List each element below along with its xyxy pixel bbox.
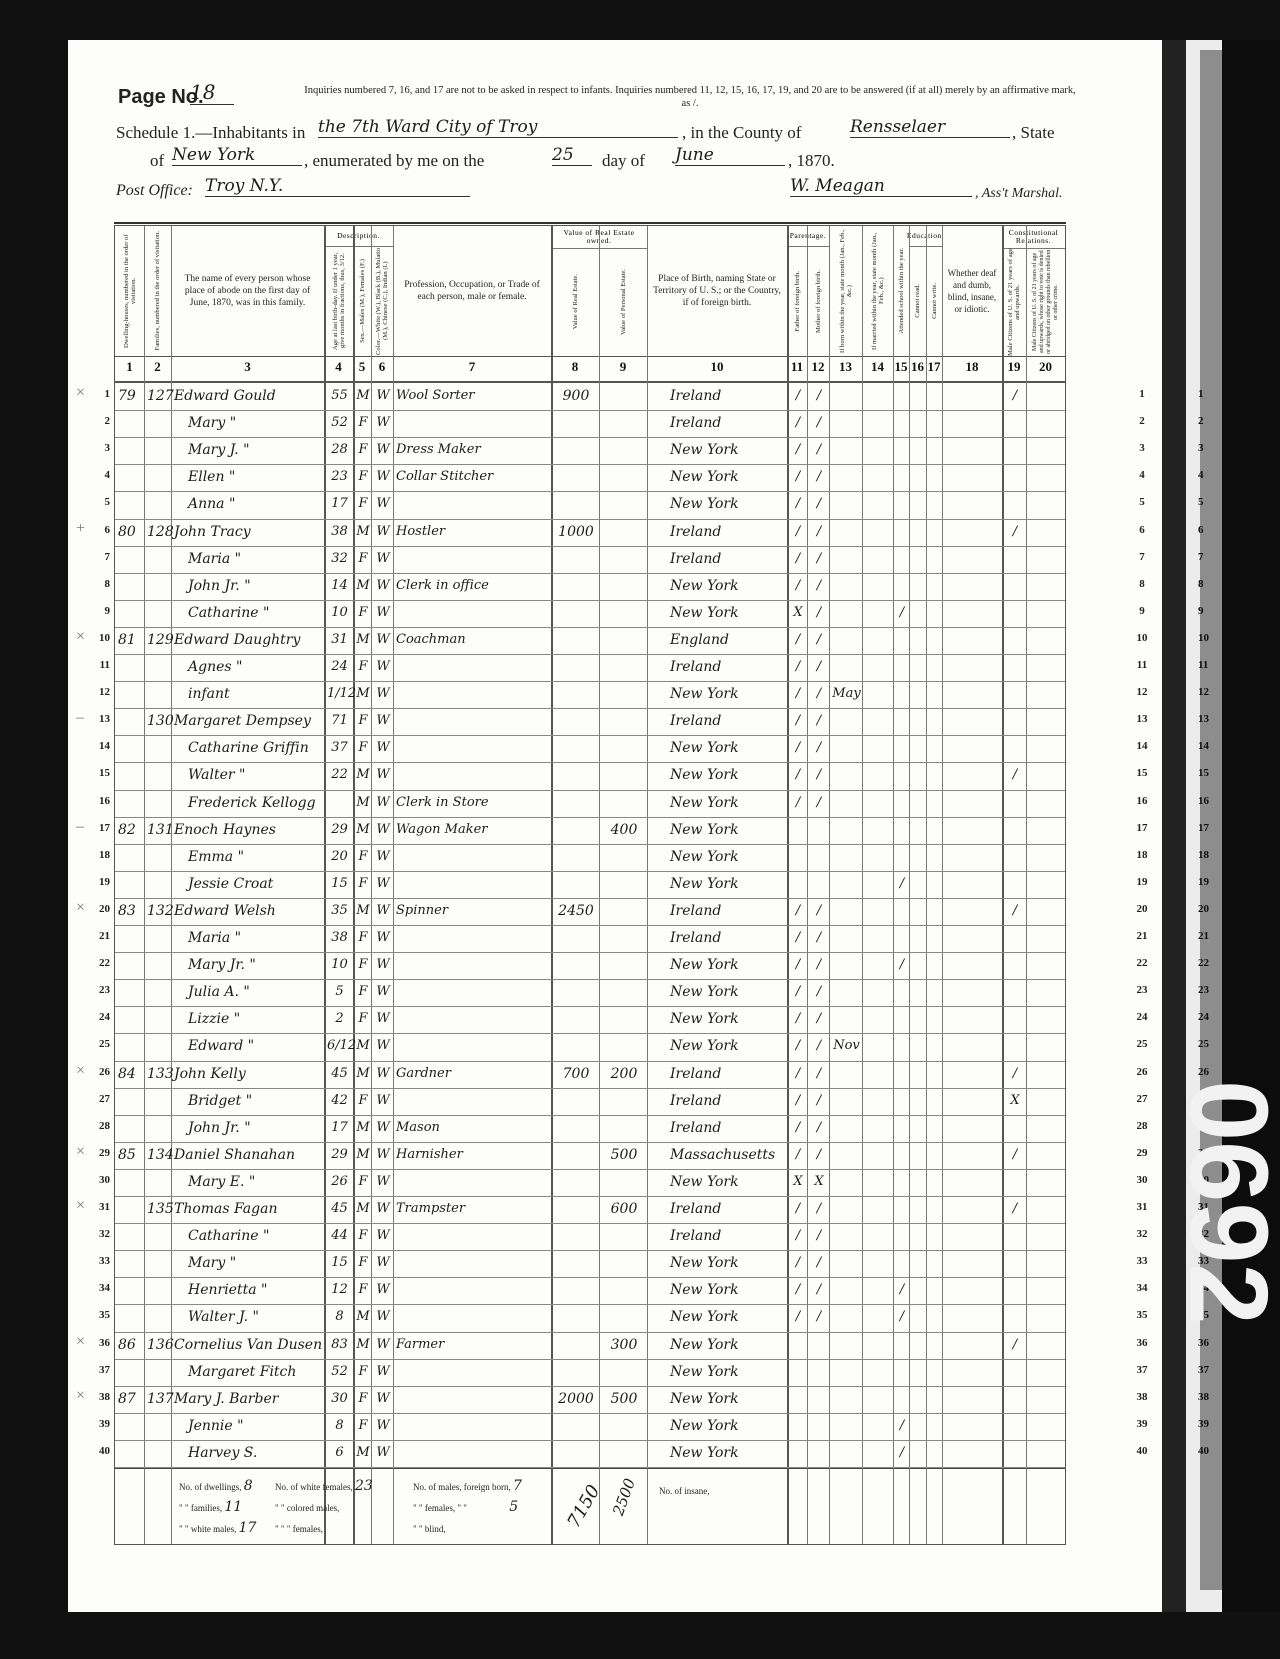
line-number-left: 3 <box>90 442 110 454</box>
cell-occupation <box>396 926 550 950</box>
cell-birthplace: Ireland <box>650 520 806 544</box>
cell-color: W <box>374 899 392 923</box>
cell-age: 52 <box>327 411 352 435</box>
cell-dwelling <box>118 1278 143 1302</box>
cell-age: 15 <box>327 1251 352 1275</box>
cell-name: John Jr. " <box>174 1116 337 1140</box>
cell-family <box>147 465 170 489</box>
line-number-right: 32 <box>1132 1228 1152 1240</box>
cell-color: W <box>374 1007 392 1031</box>
cell-born-month <box>832 791 861 815</box>
cell-name: Anna " <box>174 492 337 516</box>
cell-personal-estate <box>602 682 646 706</box>
column-number: 12 <box>807 359 829 379</box>
column-divider <box>893 226 894 1544</box>
cell-vote-denied <box>1029 465 1064 489</box>
cell-born-month <box>832 628 861 652</box>
cell-birthplace: New York <box>650 438 806 462</box>
cell-vote-denied <box>1029 1143 1064 1167</box>
cell-name: Thomas Fagan <box>174 1197 323 1221</box>
cell-color: W <box>374 1251 392 1275</box>
adjacent-page-line-number: 17 <box>1198 822 1209 834</box>
cell-birthplace: Ireland <box>650 1224 806 1248</box>
cell-mother-foreign <box>810 1441 828 1465</box>
cell-vote-denied <box>1029 1387 1064 1411</box>
cell-dwelling <box>118 1116 143 1140</box>
cell-cannot-write <box>929 682 941 706</box>
cell-name: Henrietta " <box>174 1278 337 1302</box>
cell-real-estate <box>554 1360 598 1384</box>
cell-cannot-read <box>912 492 925 516</box>
cell-personal-estate <box>602 1170 646 1194</box>
cell-married-month <box>865 655 892 679</box>
cell-disability <box>945 791 1001 815</box>
cell-birthplace: England <box>650 628 806 652</box>
cell-dwelling <box>118 465 143 489</box>
cell-cannot-read <box>912 899 925 923</box>
cell-name: Catharine Griffin <box>174 736 337 760</box>
cell-father-foreign: / <box>790 1034 806 1058</box>
cell-real-estate: 900 <box>554 384 598 408</box>
cell-married-month <box>865 1333 892 1357</box>
cell-personal-estate <box>602 1034 646 1058</box>
adjacent-page-line-number: 22 <box>1198 957 1209 969</box>
state-field: New York <box>172 145 302 166</box>
cell-disability <box>945 384 1001 408</box>
cell-mother-foreign <box>810 1387 828 1411</box>
cell-vote-denied <box>1029 574 1064 598</box>
adjacent-page-line-number: 2 <box>1198 415 1204 427</box>
cell-dwelling <box>118 1089 143 1113</box>
cell-cannot-read <box>912 1116 925 1140</box>
cell-disability <box>945 1387 1001 1411</box>
cell-father-foreign: / <box>790 520 806 544</box>
line-number-right: 30 <box>1132 1174 1152 1186</box>
cell-mother-foreign: / <box>810 1278 828 1302</box>
cell-married-month <box>865 1251 892 1275</box>
cell-disability <box>945 601 1001 625</box>
cell-birthplace: New York <box>650 763 806 787</box>
cell-cannot-write <box>929 628 941 652</box>
cell-birthplace: Ireland <box>650 926 806 950</box>
cell-father-foreign: / <box>790 655 806 679</box>
cell-citizen <box>1005 438 1025 462</box>
cell-married-month <box>865 411 892 435</box>
adjacent-page-line-number: 37 <box>1198 1364 1209 1376</box>
cell-cannot-read <box>912 601 925 625</box>
adjacent-page-line-number: 12 <box>1198 686 1209 698</box>
cell-color: W <box>374 791 392 815</box>
cell-citizen <box>1005 1170 1025 1194</box>
cell-occupation <box>396 872 550 896</box>
cell-disability <box>945 709 1001 733</box>
cell-age: 6 <box>327 1441 352 1465</box>
cell-citizen <box>1005 682 1025 706</box>
cell-father-foreign: / <box>790 1305 806 1329</box>
cell-color: W <box>374 411 392 435</box>
cell-school: / <box>896 1441 908 1465</box>
cell-married-month <box>865 628 892 652</box>
cell-age: 28 <box>327 438 352 462</box>
cell-sex: F <box>356 1089 370 1113</box>
cell-age: 29 <box>327 1143 352 1167</box>
group-constitutional: Constitutional Relations. <box>1002 226 1065 249</box>
cell-age: 8 <box>327 1414 352 1438</box>
cell-sex: F <box>356 492 370 516</box>
line-number-right: 10 <box>1132 632 1152 644</box>
cell-real-estate <box>554 926 598 950</box>
cell-age: 20 <box>327 845 352 869</box>
cell-sex: F <box>356 465 370 489</box>
cell-occupation <box>396 1278 550 1302</box>
cell-born-month <box>832 1441 861 1465</box>
line-number-left: 24 <box>90 1011 110 1023</box>
cell-citizen <box>1005 465 1025 489</box>
cell-father-foreign: / <box>790 1251 806 1275</box>
cell-family <box>147 1170 170 1194</box>
adjacent-page-line-number: 19 <box>1198 876 1209 888</box>
cell-personal-estate <box>602 1414 646 1438</box>
cell-name: Mary " <box>174 411 337 435</box>
adjacent-page-line-number: 10 <box>1198 632 1209 644</box>
adjacent-page-line-number: 18 <box>1198 849 1209 861</box>
column-number: 19 <box>1002 359 1026 379</box>
cell-family <box>147 1414 170 1438</box>
cell-age: 23 <box>327 465 352 489</box>
cell-citizen <box>1005 574 1025 598</box>
cell-personal-estate <box>602 709 646 733</box>
line-number-right: 26 <box>1132 1066 1152 1078</box>
cell-family: 135 <box>147 1197 170 1221</box>
cell-school: / <box>896 601 908 625</box>
cell-school <box>896 845 908 869</box>
cell-name: Enoch Haynes <box>174 818 323 842</box>
cell-school <box>896 655 908 679</box>
cell-school <box>896 682 908 706</box>
cell-real-estate <box>554 818 598 842</box>
line-number-left: 29 <box>90 1147 110 1159</box>
adjacent-page-line-number: 7 <box>1198 551 1204 563</box>
cell-name: Mary E. " <box>174 1170 337 1194</box>
cell-father-foreign: / <box>790 709 806 733</box>
cell-cannot-write <box>929 709 941 733</box>
margin-mark: × <box>76 1387 85 1405</box>
cell-sex: F <box>356 872 370 896</box>
cell-personal-estate <box>602 1305 646 1329</box>
cell-born-month <box>832 953 861 977</box>
cell-name: Jennie " <box>174 1414 337 1438</box>
cell-real-estate <box>554 1143 598 1167</box>
cell-mother-foreign: / <box>810 655 828 679</box>
cell-citizen <box>1005 547 1025 571</box>
col-header-9: Value of Personal Estate. <box>599 248 647 356</box>
cell-school <box>896 465 908 489</box>
cell-vote-denied <box>1029 1278 1064 1302</box>
cell-cannot-read <box>912 872 925 896</box>
cell-mother-foreign: / <box>810 736 828 760</box>
cell-name: Jessie Croat <box>174 872 337 896</box>
cell-mother-foreign: / <box>810 628 828 652</box>
cell-vote-denied <box>1029 1333 1064 1357</box>
adjacent-page-line-number: 4 <box>1198 469 1204 481</box>
line-number-left: 31 <box>90 1201 110 1213</box>
cell-school <box>896 791 908 815</box>
cell-real-estate <box>554 709 598 733</box>
cell-mother-foreign: / <box>810 1116 828 1140</box>
cell-sex: F <box>356 980 370 1004</box>
cell-family <box>147 547 170 571</box>
cell-occupation <box>396 1305 550 1329</box>
cell-vote-denied <box>1029 1251 1064 1275</box>
line-number-right: 12 <box>1132 686 1152 698</box>
cell-occupation: Harnisher <box>396 1143 550 1167</box>
cell-personal-estate: 300 <box>602 1333 646 1357</box>
cell-cannot-write <box>929 818 941 842</box>
cell-vote-denied <box>1029 709 1064 733</box>
cell-vote-denied <box>1029 899 1064 923</box>
cell-dwelling <box>118 1034 143 1058</box>
margin-mark: × <box>76 1197 85 1215</box>
cell-disability <box>945 520 1001 544</box>
adjacent-page-line-number: 9 <box>1198 605 1204 617</box>
cell-family <box>147 980 170 1004</box>
cell-age: 45 <box>327 1062 352 1086</box>
line-number-left: 20 <box>90 903 110 915</box>
line-number-left: 21 <box>90 930 110 942</box>
cell-name: Edward Welsh <box>174 899 323 923</box>
cell-school <box>896 1116 908 1140</box>
cell-dwelling <box>118 1224 143 1248</box>
cell-mother-foreign <box>810 872 828 896</box>
cell-sex: M <box>356 818 370 842</box>
month-field: June <box>675 145 785 166</box>
cell-married-month <box>865 384 892 408</box>
cell-sex: F <box>356 411 370 435</box>
cell-real-estate <box>554 1034 598 1058</box>
cell-dwelling <box>118 1305 143 1329</box>
cell-cannot-write <box>929 1387 941 1411</box>
cell-family <box>147 1089 170 1113</box>
cell-vote-denied <box>1029 492 1064 516</box>
cell-cannot-read <box>912 411 925 435</box>
cell-cannot-write <box>929 763 941 787</box>
line-number-left: 8 <box>90 578 110 590</box>
cell-citizen <box>1005 926 1025 950</box>
cell-color: W <box>374 492 392 516</box>
cell-school <box>896 1062 908 1086</box>
cell-mother-foreign: / <box>810 763 828 787</box>
cell-citizen: / <box>1005 1197 1025 1221</box>
cell-born-month <box>832 438 861 462</box>
cell-personal-estate <box>602 574 646 598</box>
cell-occupation: Hostler <box>396 520 550 544</box>
cell-born-month <box>832 411 861 435</box>
cell-father-foreign: / <box>790 1116 806 1140</box>
cell-age: 45 <box>327 1197 352 1221</box>
cell-cannot-write <box>929 1170 941 1194</box>
cell-born-month <box>832 845 861 869</box>
cell-born-month <box>832 1224 861 1248</box>
margin-mark: × <box>76 384 85 402</box>
cell-born-month <box>832 926 861 950</box>
cell-color: W <box>374 818 392 842</box>
line-number-left: 16 <box>90 795 110 807</box>
cell-age: 17 <box>327 1116 352 1140</box>
column-number: 4 <box>324 359 353 379</box>
cell-born-month <box>832 492 861 516</box>
cell-married-month <box>865 1278 892 1302</box>
cell-disability <box>945 547 1001 571</box>
cell-married-month <box>865 980 892 1004</box>
line-number-left: 6 <box>90 524 110 536</box>
cell-real-estate <box>554 438 598 462</box>
cell-born-month <box>832 1089 861 1113</box>
cell-cannot-write <box>929 547 941 571</box>
col-header-15: Attended school within the year. <box>893 226 909 356</box>
cell-citizen <box>1005 1414 1025 1438</box>
cell-citizen <box>1005 655 1025 679</box>
column-number: 9 <box>599 359 647 379</box>
line-number-right: 38 <box>1132 1391 1152 1403</box>
cell-father-foreign: / <box>790 791 806 815</box>
cell-vote-denied <box>1029 980 1064 1004</box>
cell-citizen <box>1005 601 1025 625</box>
margin-mark: × <box>76 1143 85 1161</box>
cell-birthplace: New York <box>650 1360 806 1384</box>
cell-married-month <box>865 547 892 571</box>
cell-vote-denied <box>1029 547 1064 571</box>
year-label: , 1870. <box>788 151 835 171</box>
cell-birthplace: New York <box>650 601 806 625</box>
cell-married-month <box>865 1197 892 1221</box>
cell-citizen <box>1005 709 1025 733</box>
cell-family: 127 <box>147 384 170 408</box>
cell-born-month <box>832 872 861 896</box>
cell-personal-estate: 200 <box>602 1062 646 1086</box>
cell-disability <box>945 1251 1001 1275</box>
cell-married-month <box>865 899 892 923</box>
cell-citizen: / <box>1005 520 1025 544</box>
cell-sex: F <box>356 926 370 950</box>
cell-real-estate <box>554 682 598 706</box>
cell-married-month <box>865 818 892 842</box>
cell-family <box>147 1224 170 1248</box>
cell-age: 38 <box>327 926 352 950</box>
cell-mother-foreign: / <box>810 682 828 706</box>
cell-school <box>896 547 908 571</box>
cell-born-month <box>832 1333 861 1357</box>
line-number-left: 27 <box>90 1093 110 1105</box>
cell-age: 29 <box>327 818 352 842</box>
cell-school <box>896 1089 908 1113</box>
cell-born-month <box>832 709 861 733</box>
cell-school <box>896 1034 908 1058</box>
cell-personal-estate <box>602 845 646 869</box>
cell-cannot-write <box>929 980 941 1004</box>
cell-school <box>896 1007 908 1031</box>
cell-cannot-write <box>929 953 941 977</box>
adjacent-page-line-number: 39 <box>1198 1418 1209 1430</box>
cell-age: 55 <box>327 384 352 408</box>
cell-mother-foreign: / <box>810 465 828 489</box>
cell-citizen: X <box>1005 1089 1025 1113</box>
cell-family: 137 <box>147 1387 170 1411</box>
col-header-13: If born within the year, state month (Ja… <box>829 226 862 356</box>
cell-family: 133 <box>147 1062 170 1086</box>
cell-occupation <box>396 845 550 869</box>
cell-mother-foreign: / <box>810 953 828 977</box>
cell-age: 30 <box>327 1387 352 1411</box>
cell-cannot-read <box>912 384 925 408</box>
line-number-right: 5 <box>1132 496 1152 508</box>
scan-border-left <box>0 0 68 1659</box>
cell-cannot-write <box>929 1333 941 1357</box>
cell-color: W <box>374 953 392 977</box>
cell-name: Margaret Fitch <box>174 1360 337 1384</box>
cell-cannot-write <box>929 1143 941 1167</box>
cell-age: 37 <box>327 736 352 760</box>
line-number-left: 28 <box>90 1120 110 1132</box>
cell-school <box>896 1251 908 1275</box>
column-divider <box>862 226 863 1544</box>
cell-real-estate <box>554 628 598 652</box>
cell-name: Mary J. " <box>174 438 337 462</box>
cell-color: W <box>374 1333 392 1357</box>
cell-mother-foreign: / <box>810 384 828 408</box>
summary-insane: No. of insane, <box>659 1482 710 1498</box>
cell-occupation <box>396 411 550 435</box>
cell-color: W <box>374 682 392 706</box>
cell-occupation <box>396 953 550 977</box>
cell-dwelling <box>118 1414 143 1438</box>
cell-cannot-read <box>912 791 925 815</box>
cell-color: W <box>374 520 392 544</box>
cell-cannot-read <box>912 763 925 787</box>
book-gutter <box>1162 40 1186 1612</box>
margin-mark: × <box>76 1333 85 1351</box>
of-label: of <box>150 151 164 171</box>
cell-school <box>896 899 908 923</box>
cell-father-foreign <box>790 1414 806 1438</box>
cell-citizen: / <box>1005 1062 1025 1086</box>
cell-sex: M <box>356 1143 370 1167</box>
cell-age: 15 <box>327 872 352 896</box>
cell-personal-estate <box>602 926 646 950</box>
cell-disability <box>945 628 1001 652</box>
line-number-left: 10 <box>90 632 110 644</box>
cell-cannot-write <box>929 845 941 869</box>
col-header-14: If married within the year, state month … <box>862 226 893 356</box>
line-number-left: 37 <box>90 1364 110 1376</box>
cell-birthplace: New York <box>650 1387 806 1411</box>
cell-personal-estate <box>602 1007 646 1031</box>
cell-name: Cornelius Van Dusen <box>174 1333 323 1357</box>
line-number-left: 9 <box>90 605 110 617</box>
cell-vote-denied <box>1029 1197 1064 1221</box>
column-number: 11 <box>787 359 807 379</box>
line-number-left: 26 <box>90 1066 110 1078</box>
cell-vote-denied <box>1029 1007 1064 1031</box>
cell-married-month <box>865 1034 892 1058</box>
cell-vote-denied <box>1029 1170 1064 1194</box>
cell-real-estate <box>554 1305 598 1329</box>
cell-citizen <box>1005 411 1025 435</box>
cell-family <box>147 845 170 869</box>
cell-birthplace: Ireland <box>650 899 806 923</box>
cell-birthplace: New York <box>650 980 806 1004</box>
cell-mother-foreign: / <box>810 791 828 815</box>
cell-dwelling <box>118 926 143 950</box>
